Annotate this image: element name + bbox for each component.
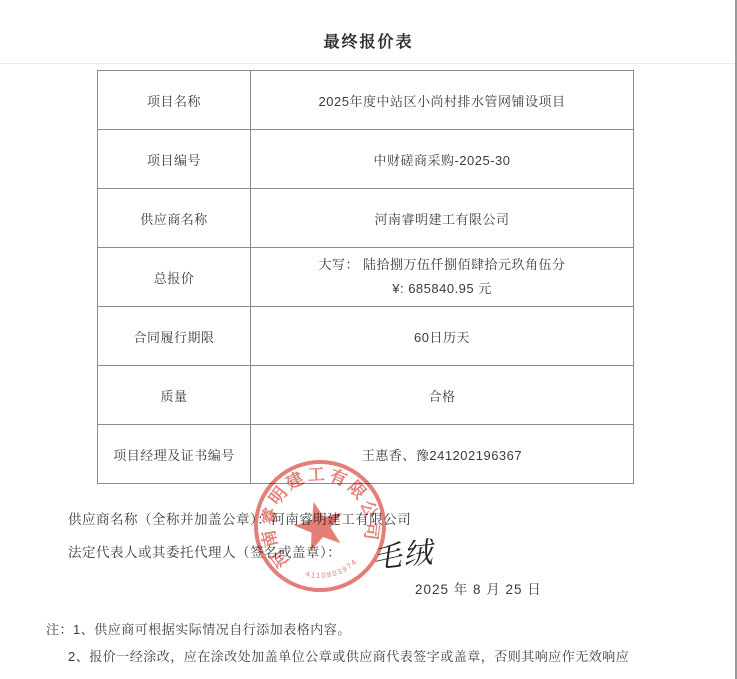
handwritten-signature: 毛绒 — [370, 530, 436, 577]
table-row-quality: 质量 合格 — [98, 366, 634, 425]
page-title: 最终报价表 — [0, 29, 737, 52]
row-value: 王惠香、豫241202196367 — [251, 425, 634, 484]
table-row-total-price: 总报价 大写： 陆拾捌万伍仟捌佰肆拾元玖角伍分 ¥: 685840.95 元 — [98, 248, 634, 307]
table-row-supplier-name: 供应商名称 河南睿明建工有限公司 — [98, 189, 634, 248]
note-line-1: 注：1、供应商可根据实际情况自行添加表格内容。 — [46, 619, 351, 638]
row-label: 项目经理及证书编号 — [98, 425, 251, 484]
row-label: 项目名称 — [98, 71, 251, 130]
price-numeric: ¥: 685840.95 元 — [251, 278, 633, 300]
table-row-project-name: 项目名称 2025年度中站区小尚村排水管网铺设项目 — [98, 71, 634, 130]
price-in-words: 大写： 陆拾捌万伍仟捌佰肆拾元玖角伍分 — [251, 254, 633, 276]
supplier-name-line: 供应商名称（全称并加盖公章）：河南睿明建工有限公司 — [68, 508, 411, 528]
document-page: 最终报价表 项目名称 2025年度中站区小尚村排水管网铺设项目 项目编号 中财磋… — [0, 0, 737, 679]
quotation-table: 项目名称 2025年度中站区小尚村排水管网铺设项目 项目编号 中财磋商采购-20… — [97, 70, 634, 484]
row-value: 60日历天 — [251, 307, 634, 366]
row-label: 质量 — [98, 366, 251, 425]
note-line-2: 2、报价一经涂改，应在涂改处加盖单位公章或供应商代表签字或盖章，否则其响应作无效… — [68, 646, 629, 665]
table-row-contract-period: 合同履行期限 60日历天 — [98, 307, 634, 366]
divider — [0, 63, 737, 64]
row-value: 大写： 陆拾捌万伍仟捌佰肆拾元玖角伍分 ¥: 685840.95 元 — [251, 248, 634, 307]
row-label: 合同履行期限 — [98, 307, 251, 366]
row-value: 中财磋商采购-2025-30 — [251, 130, 634, 189]
legal-representative-line: 法定代表人或其委托代理人（签名或盖章）： — [68, 541, 341, 561]
date-line: 2025 年 8 月 25 日 — [415, 578, 542, 598]
row-label: 项目编号 — [98, 130, 251, 189]
table-row-project-number: 项目编号 中财磋商采购-2025-30 — [98, 130, 634, 189]
row-value: 河南睿明建工有限公司 — [251, 189, 634, 248]
row-value: 合格 — [251, 366, 634, 425]
row-label: 总报价 — [98, 248, 251, 307]
row-label: 供应商名称 — [98, 189, 251, 248]
table-row-project-manager: 项目经理及证书编号 王惠香、豫241202196367 — [98, 425, 634, 484]
row-value: 2025年度中站区小尚村排水管网铺设项目 — [251, 71, 634, 130]
